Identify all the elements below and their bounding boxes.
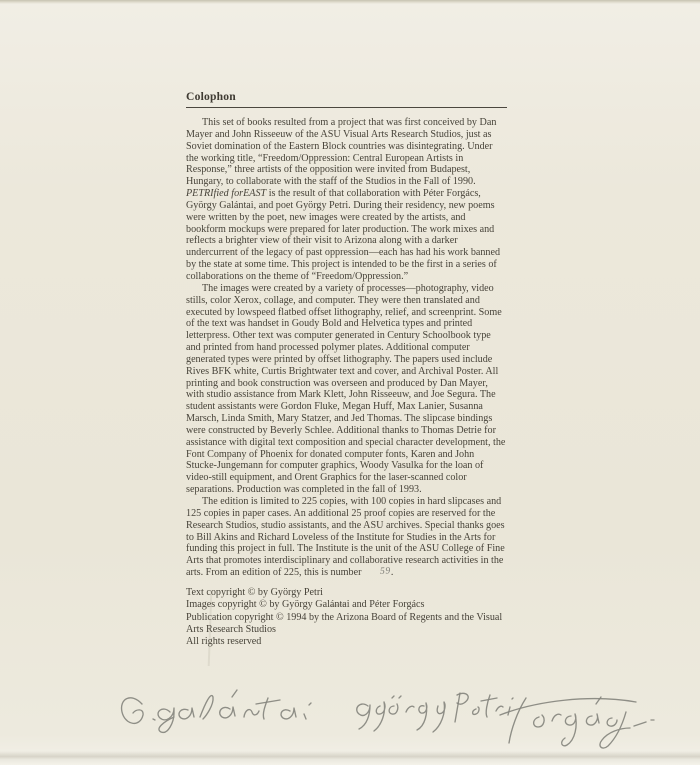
copyright-line-rights: All rights reserved [186, 636, 507, 648]
paragraph-project: This set of books resulted from a projec… [186, 117, 507, 283]
colophon-page: Colophon This set of books resulted from… [0, 0, 700, 765]
heading-rule [186, 107, 507, 108]
signatures [118, 686, 663, 761]
copyright-line-publication: Publication copyright © 1994 by the Ariz… [186, 612, 507, 637]
paragraph-edition-text: The edition is limited to 225 copies, wi… [186, 496, 505, 578]
paragraph-edition-period: . [391, 567, 394, 578]
copyright-block: Text copyright © by György Petri Images … [186, 587, 507, 648]
paragraph-production: The images were created by a variety of … [186, 283, 507, 496]
book-title-italic: PETRIfied forEAST [186, 188, 266, 199]
paper-edge-bottom [0, 751, 700, 765]
paragraph-project-text-after: is the result of that collaboration with… [186, 188, 500, 282]
paragraph-project-text-before: This set of books resulted from a projec… [186, 117, 496, 187]
signature-petri [357, 693, 513, 732]
copyright-line-images: Images copyright © by György Galántai an… [186, 599, 507, 611]
signature-galantai [122, 690, 311, 732]
paragraph-edition: The edition is limited to 225 copies, wi… [186, 496, 507, 579]
handwritten-edition-number: 59 [364, 565, 391, 578]
paper-edge-top [0, 0, 700, 4]
signature-forgacs [500, 697, 654, 748]
text-column: Colophon This set of books resulted from… [186, 90, 507, 648]
page-title: Colophon [186, 90, 507, 103]
copyright-line-text: Text copyright © by György Petri [186, 587, 507, 599]
